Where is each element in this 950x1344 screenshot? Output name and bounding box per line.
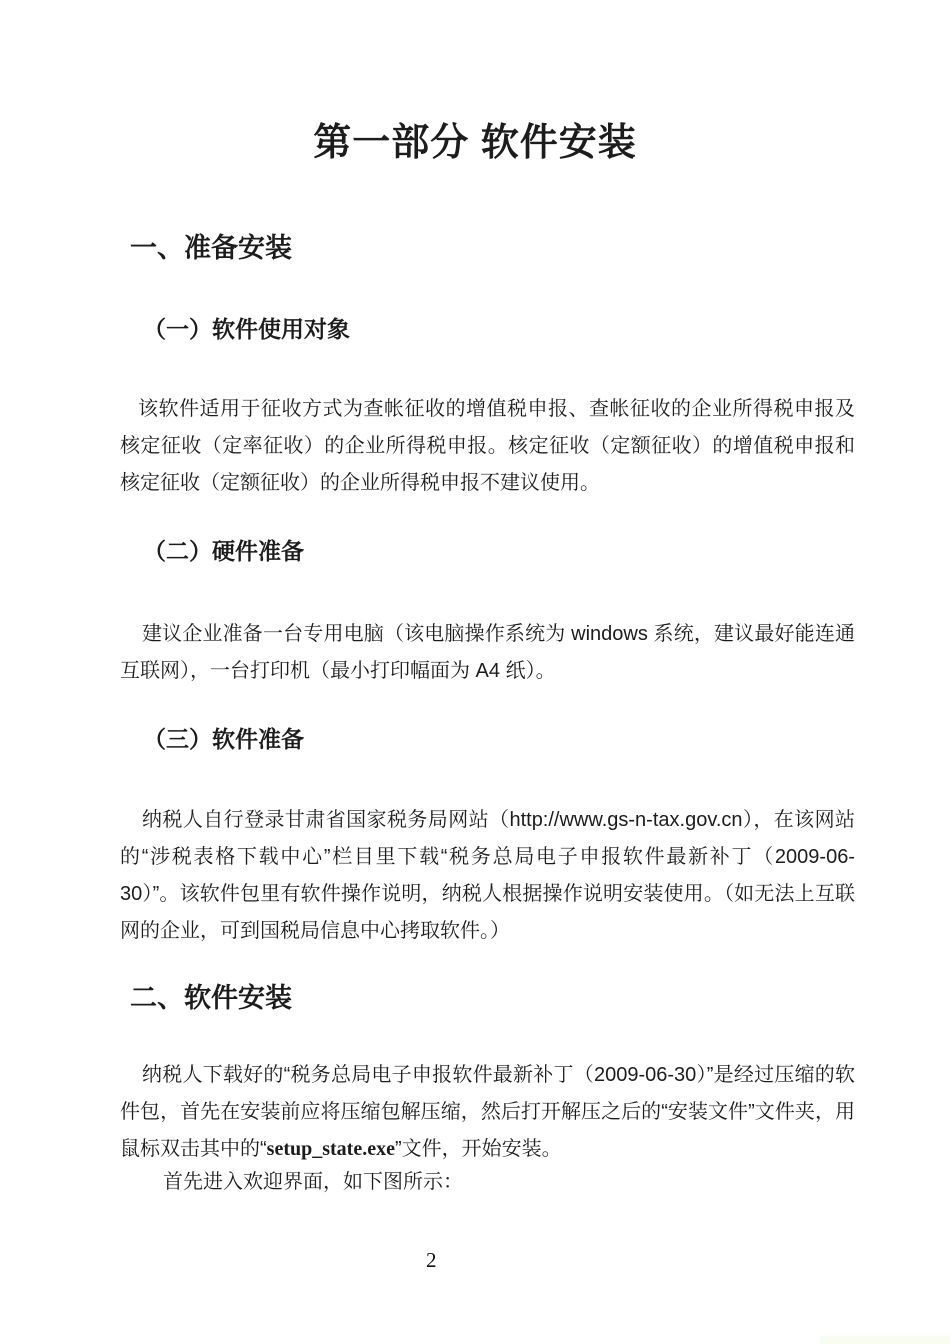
paragraph-hardware-prep: 建议企业准备一台专用电脑（该电脑操作系统为 windows 系统，建议最好能连通… bbox=[120, 616, 855, 690]
document-title: 第一部分 软件安装 bbox=[0, 120, 950, 166]
paragraph-software-users: 该软件适用于征收方式为查帐征收的增值税申报、查帐征收的企业所得税申报及核定征收（… bbox=[120, 391, 855, 502]
subsection-heading-hardware-prep: （二）硬件准备 bbox=[143, 536, 304, 566]
paragraph-text: 首先进入欢迎界面，如下图所示： bbox=[163, 1171, 463, 1193]
faint-watermark-remnant bbox=[820, 1336, 950, 1344]
filename-setup-state-exe: setup_state.exe bbox=[267, 1138, 395, 1160]
paragraph-install-steps: 纳税人下载好的“税务总局电子申报软件最新补丁（2009-06-30）”是经过压缩… bbox=[120, 1057, 855, 1168]
document-page: 第一部分 软件安装 一、准备安装 （一）软件使用对象 该软件适用于征收方式为查帐… bbox=[0, 0, 950, 1344]
page-number: 2 bbox=[426, 1247, 437, 1273]
paragraph-welcome-screen-intro: 首先进入欢迎界面，如下图所示： bbox=[120, 1164, 855, 1201]
section-heading-software-install: 二、软件安装 bbox=[130, 981, 292, 1015]
subsection-heading-software-users: （一）软件使用对象 bbox=[143, 314, 350, 344]
paragraph-text: 纳税人自行登录甘肃省国家税务局网站（http://www.gs-n-tax.go… bbox=[120, 809, 855, 942]
paragraph-software-prep: 纳税人自行登录甘肃省国家税务局网站（http://www.gs-n-tax.go… bbox=[120, 802, 855, 950]
paragraph-text: ”文件，开始安装。 bbox=[395, 1138, 562, 1160]
section-heading-prepare-install: 一、准备安装 bbox=[130, 231, 292, 265]
subsection-heading-software-prep: （三）软件准备 bbox=[143, 724, 304, 754]
paragraph-text: 该软件适用于征收方式为查帐征收的增值税申报、查帐征收的企业所得税申报及核定征收（… bbox=[120, 398, 855, 494]
paragraph-text: 建议企业准备一台专用电脑（该电脑操作系统为 windows 系统，建议最好能连通… bbox=[120, 623, 855, 682]
